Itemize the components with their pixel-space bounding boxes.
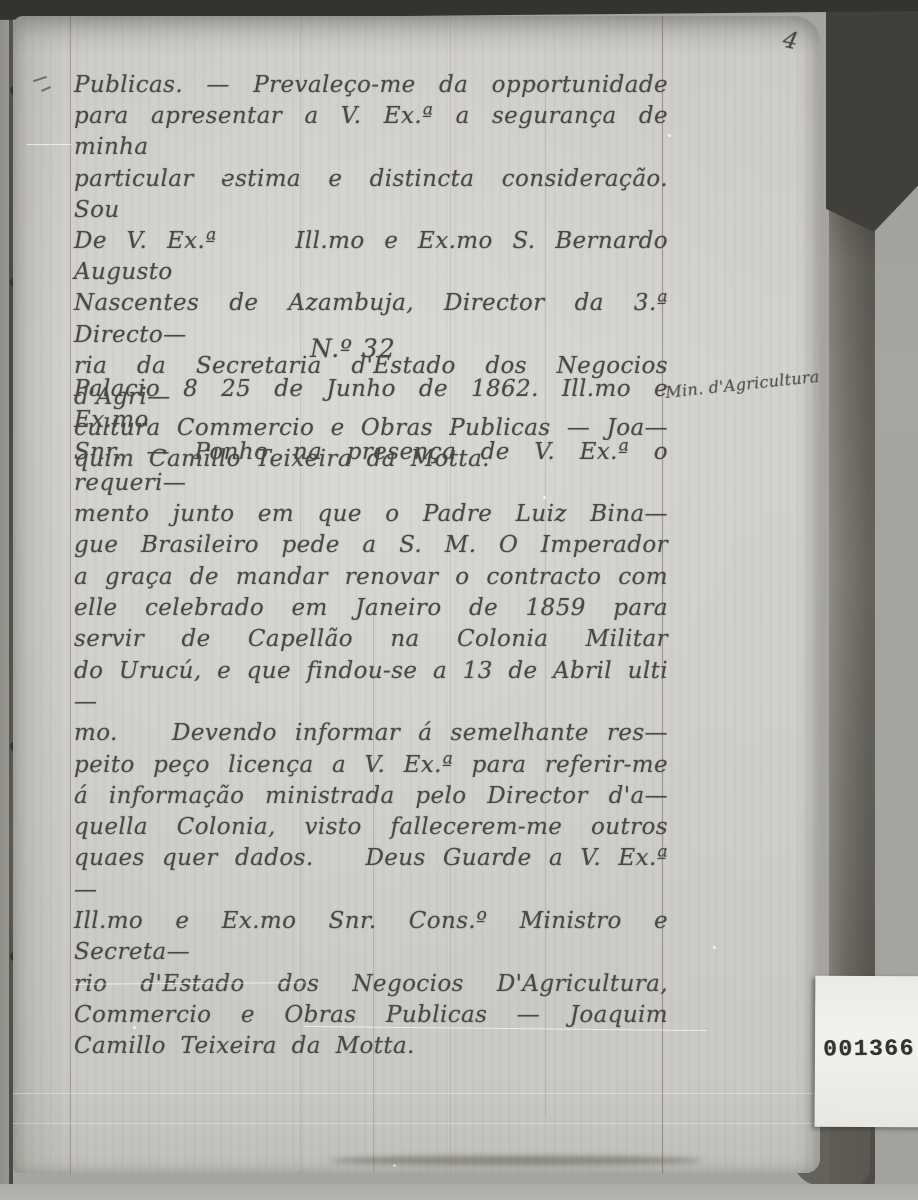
book-cover-corner — [826, 0, 918, 232]
paper-speck — [668, 134, 671, 137]
paper-speck — [133, 1026, 136, 1029]
manuscript-line: Palacio 8 25 de Junho de 1862. Ill.mo e … — [74, 374, 668, 437]
page-number: 4 — [780, 27, 800, 55]
page-gutter-shading — [13, 16, 69, 1173]
paper-speck — [713, 946, 716, 949]
page-bottom-smudge — [330, 1156, 702, 1165]
manuscript-line: quaes quer dados. Deus Guarde a V. Ex.ª … — [74, 843, 668, 906]
photo-bottom-edge — [0, 1184, 918, 1200]
left-margin-rule — [70, 16, 71, 1173]
white-scratch-line — [13, 1123, 820, 1124]
manuscript-line: rio d'Estado dos Negocios D'Agricultura, — [74, 969, 668, 1000]
manuscript-line: mo. Devendo informar á semelhante res— — [74, 718, 668, 749]
archive-label: 001366 — [815, 976, 918, 1128]
manuscript-line: gue Brasileiro pede a S. M. O Imperador — [74, 530, 668, 561]
paper-speck — [393, 1164, 396, 1167]
archive-stamp-number: 001366 — [823, 1035, 915, 1062]
manuscript-line: a graça de mandar renovar o contracto co… — [74, 562, 668, 593]
paper-speck — [543, 496, 546, 499]
manuscript-line: Ill.mo e Ex.mo Snr. Cons.º Ministro e Se… — [74, 906, 668, 969]
document-number-heading: N.º 32 — [310, 334, 396, 363]
manuscript-line: do Urucú, e que findou-se a 13 de Abril … — [74, 656, 668, 719]
manuscript-line: Camillo Teixeira da Motta. — [74, 1031, 668, 1062]
paper-speck — [223, 176, 226, 179]
paragraph-block: Palacio 8 25 de Junho de 1862. Ill.mo e … — [74, 374, 668, 1063]
margin-note: Min. d'Agricultura — [664, 365, 820, 402]
scanned-manuscript-photo: 4 Publicas. — Prevaleço-me da opportunid… — [0, 0, 918, 1200]
manuscript-page: 4 Publicas. — Prevaleço-me da opportunid… — [13, 16, 820, 1173]
manuscript-line: mento junto em que o Padre Luiz Bina— — [74, 499, 668, 530]
manuscript-line: elle celebrado em Janeiro de 1859 para — [74, 593, 668, 624]
manuscript-line: Snr. — Ponho na presença de V. Ex.ª o re… — [74, 437, 668, 500]
manuscript-line: peito peço licença a V. Ex.ª para referi… — [74, 750, 668, 781]
manuscript-line: particular estima e distincta consideraç… — [74, 164, 668, 226]
manuscript-line: quella Colonia, visto fallecerem-me outr… — [74, 812, 668, 843]
manuscript-line: Publicas. — Prevaleço-me da opportunidad… — [74, 70, 668, 101]
manuscript-line: á informação ministrada pelo Director d'… — [74, 781, 668, 812]
manuscript-line: servir de Capellão na Colonia Militar — [74, 624, 668, 655]
manuscript-line: para apresentar a V. Ex.ª a segurança de… — [74, 101, 668, 163]
white-scratch-line — [27, 144, 71, 145]
white-scratch-line — [13, 1093, 820, 1094]
manuscript-line: De V. Ex.ª Ill.mo e Ex.mo S. Bernardo Au… — [74, 226, 668, 288]
